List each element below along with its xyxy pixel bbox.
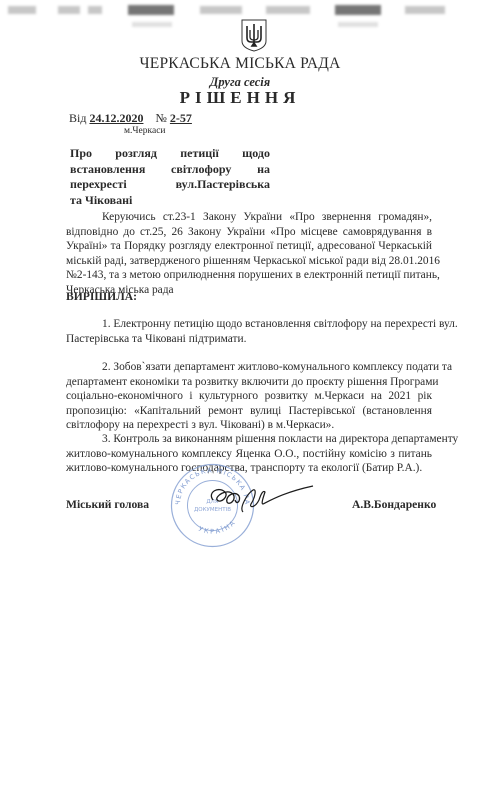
trident-coat-of-arms-icon bbox=[241, 19, 267, 52]
text-line: 3. Контроль за виконанням рішення поклас… bbox=[66, 432, 432, 447]
text-line: Пастерівська та Чіковані підтримати. bbox=[66, 332, 432, 347]
decision-item-2: 2. Зобов`язати департамент житлово-комун… bbox=[66, 360, 432, 433]
decision-item-1: 1. Електронну петицію щодо встановлення … bbox=[66, 317, 432, 346]
document-type-title: РІШЕННЯ bbox=[0, 88, 480, 108]
text-line: №2-143, та з метою оприлюднення порушени… bbox=[66, 268, 432, 283]
subject-line: та Чіковані bbox=[70, 193, 270, 209]
subject-line: перехресті вул.Пастерівська bbox=[70, 177, 270, 193]
date-prefix: Від bbox=[69, 111, 86, 125]
decision-date: 24.12.2020 bbox=[89, 111, 143, 125]
text-line: пропозицію: «Капітальний ремонт вулиці П… bbox=[66, 404, 432, 419]
city-label: м.Черкаси bbox=[124, 126, 166, 136]
subject-line: Про розгляд петиції щодо bbox=[70, 146, 270, 162]
stamp-bottom-text: УКРАЇНА bbox=[197, 518, 238, 536]
signer-name: А.В.Бондаренко bbox=[352, 498, 436, 511]
subject-line: встановлення світлофору на bbox=[70, 162, 270, 178]
text-line: житлово-комунального комплексу Яценка О.… bbox=[66, 447, 432, 462]
signer-role: Міський голова bbox=[66, 498, 149, 511]
text-line: департамент економіки та розвитку включи… bbox=[66, 375, 432, 390]
council-name: ЧЕРКАСЬКА МІСЬКА РАДА bbox=[0, 55, 480, 73]
number-prefix: № bbox=[155, 111, 166, 125]
svg-text:УКРАЇНА: УКРАЇНА bbox=[197, 518, 238, 536]
text-line: соціально-економічного і культурного роз… bbox=[66, 389, 432, 404]
text-line: відповідно до ст.25, 26 Закону України «… bbox=[66, 225, 432, 240]
text-line: 2. Зобов`язати департамент житлово-комун… bbox=[66, 360, 432, 375]
scan-noise-header bbox=[0, 2, 480, 24]
resolved-label: ВИРІШИЛА: bbox=[66, 290, 137, 303]
handwritten-signature-icon bbox=[205, 478, 315, 518]
decision-number: 2-57 bbox=[170, 111, 192, 125]
date-number-line: Від 24.12.2020 № 2-57 bbox=[69, 111, 192, 126]
text-line: Україні» та Порядку розгляду електронної… bbox=[66, 239, 432, 254]
text-line: міській раді, затвердженого рішенням Чер… bbox=[66, 254, 432, 269]
text-line: 1. Електронну петицію щодо встановлення … bbox=[66, 317, 432, 332]
intro-paragraph: Керуючись ст.23-1 Закону України «Про зв… bbox=[66, 210, 432, 298]
text-line: Керуючись ст.23-1 Закону України «Про зв… bbox=[66, 210, 432, 225]
decision-subject: Про розгляд петиції щодо встановлення св… bbox=[70, 146, 270, 208]
text-line: світлофору на перехресті з вул. Чіковані… bbox=[66, 418, 432, 433]
